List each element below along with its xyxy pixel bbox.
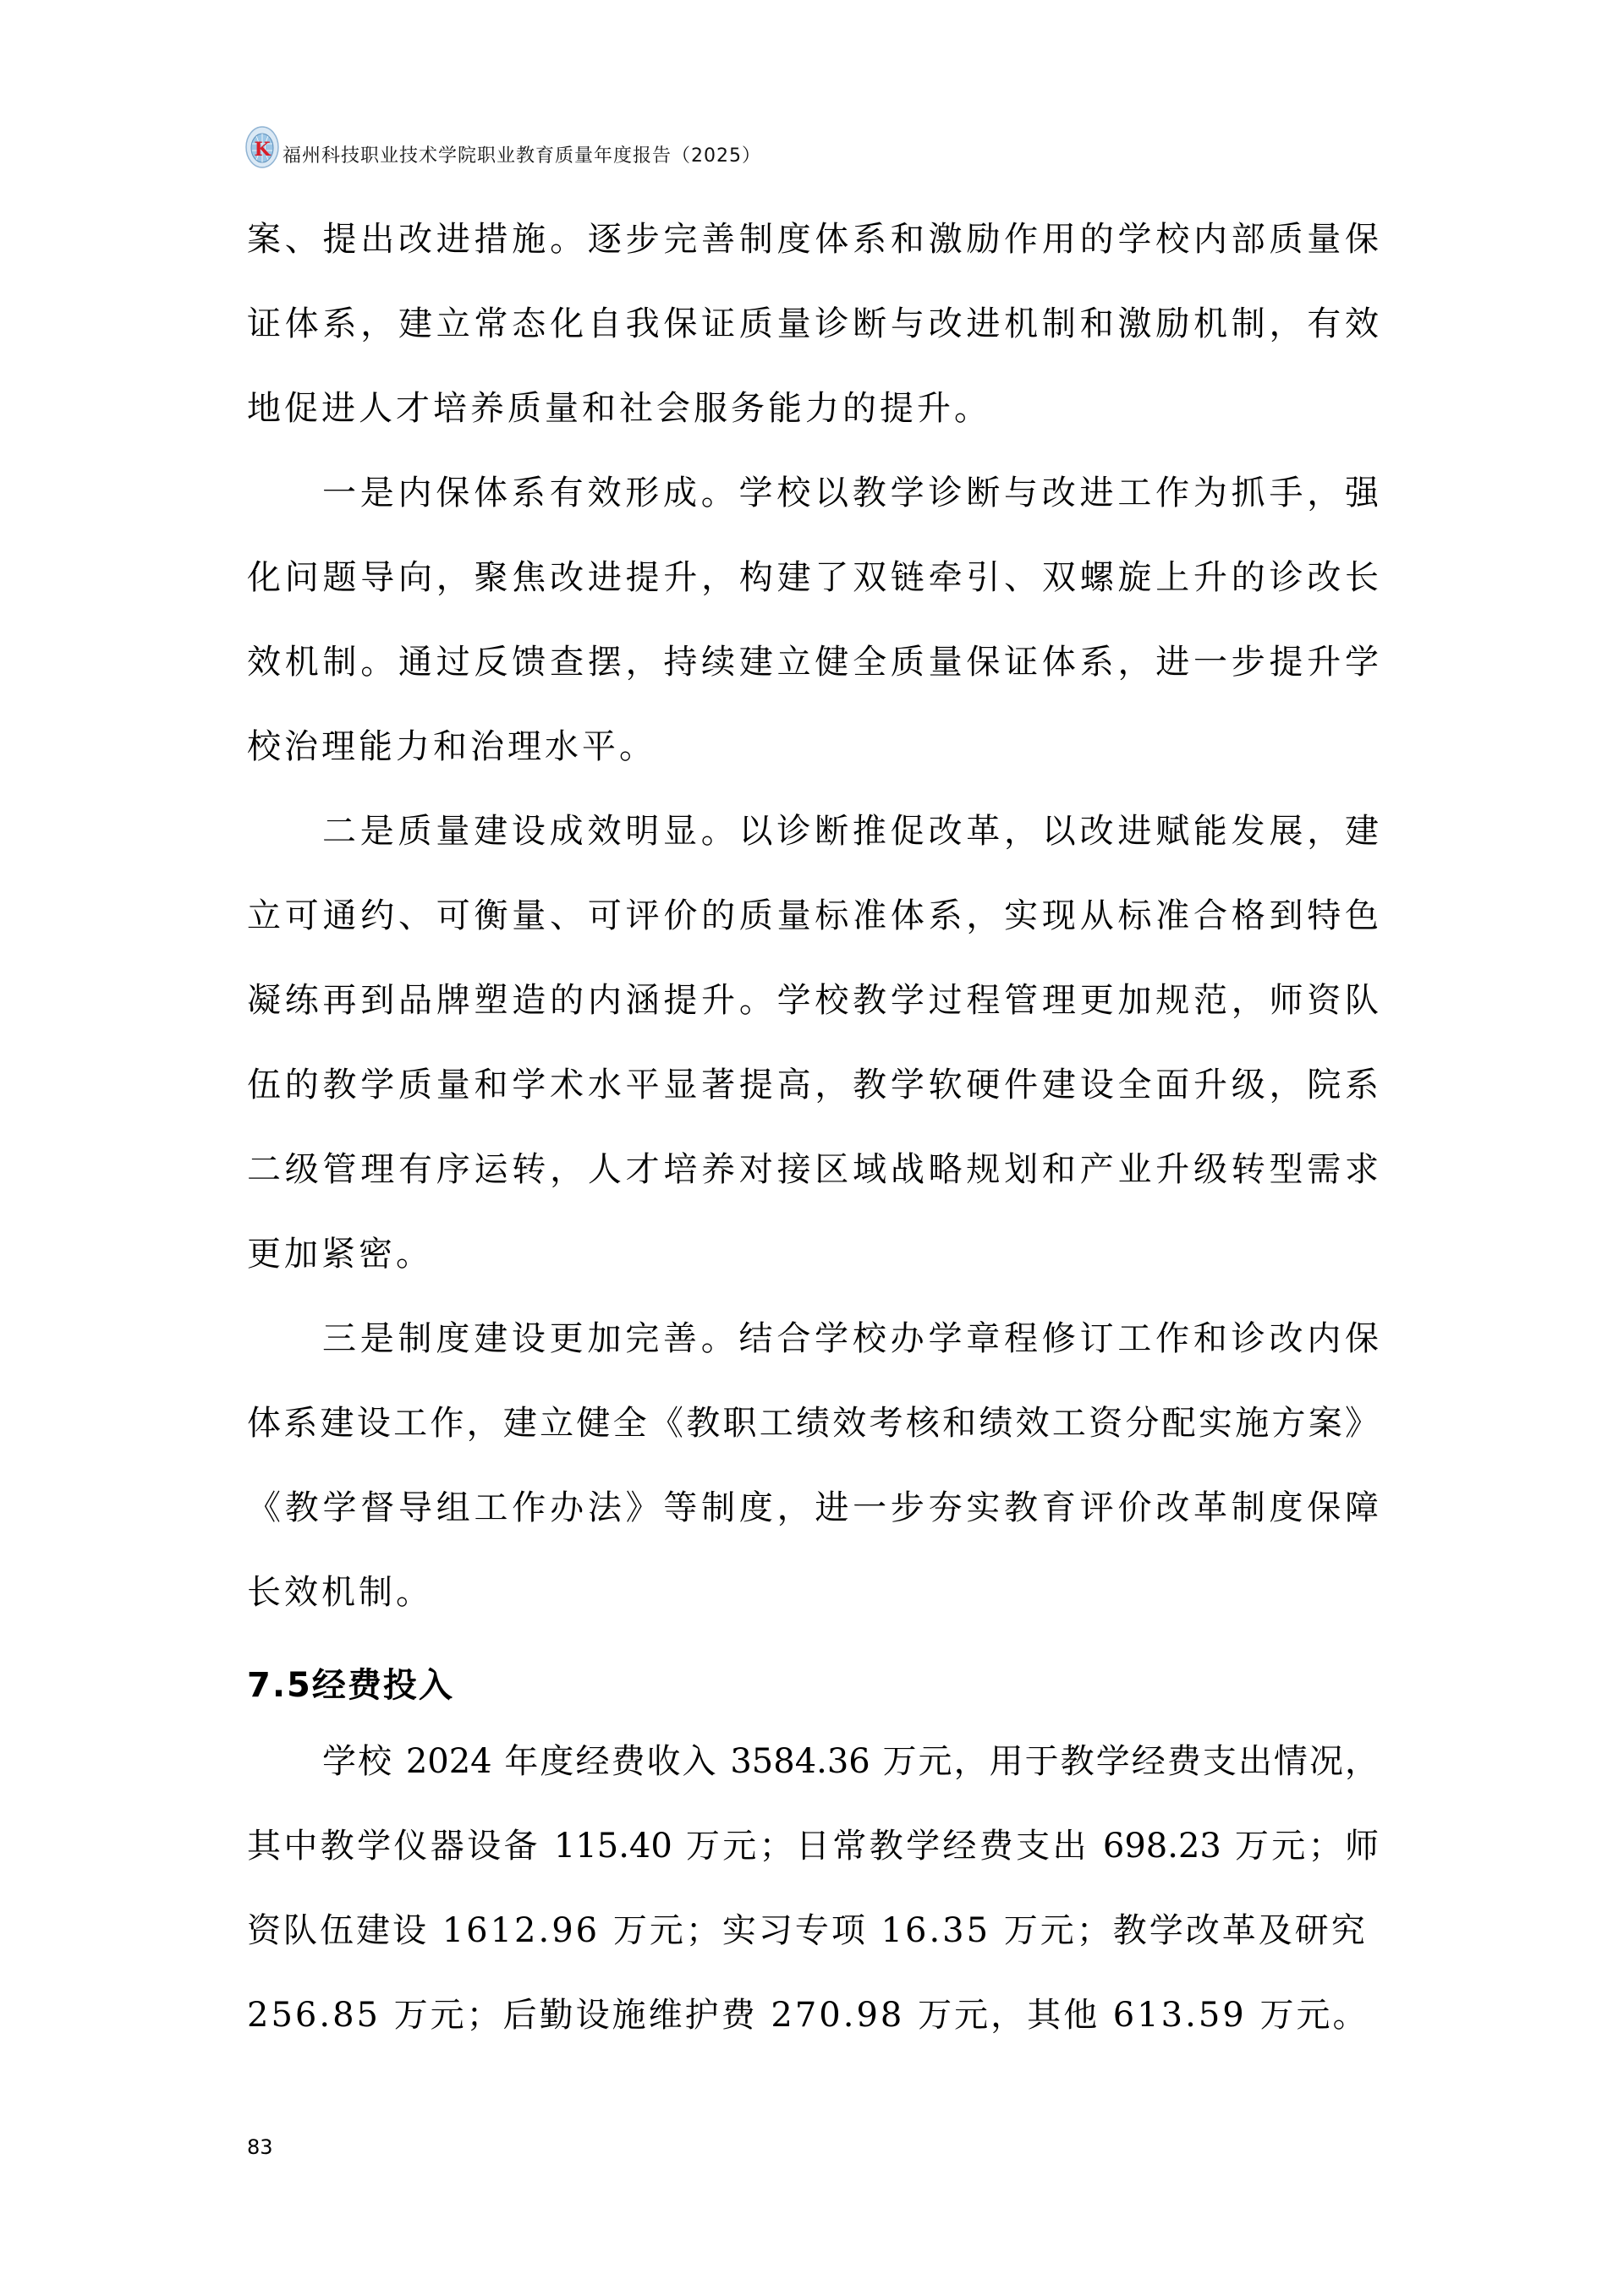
svg-text:K: K <box>254 139 271 161</box>
body-line: 地促进人才培养质量和社会服务能力的提升。 <box>247 387 1379 430</box>
body-line: 化问题导向，聚焦改进提升，构建了双链牵引、双螺旋上升的诊改长 <box>247 556 1379 599</box>
body-line: 校治理能力和治理水平。 <box>247 726 1379 768</box>
body-line: 更加紧密。 <box>247 1233 1379 1275</box>
paragraph-first-line: 三是制度建设更加完善。结合学校办学章程修订工作和诊改内保 <box>322 1318 1379 1360</box>
paragraph-first-line: 一是内保体系有效形成。学校以教学诊断与改进工作为抓手，强 <box>322 472 1379 514</box>
body-line: 伍的教学质量和学术水平显著提高，教学软硬件建设全面升级，院系 <box>247 1064 1379 1106</box>
body-line: 其中教学仪器设备 115.40 万元；日常教学经费支出 698.23 万元；师 <box>247 1825 1379 1867</box>
document-page: K 福州科技职业技术学院职业教育质量年度报告（2025） 案、提出改进措施。逐步… <box>0 0 1624 2296</box>
page-header: K 福州科技职业技术学院职业教育质量年度报告（2025） <box>245 118 761 169</box>
report-title: 福州科技职业技术学院职业教育质量年度报告（2025） <box>283 145 761 167</box>
body-line: 256.85 万元；后勤设施维护费 270.98 万元，其他 613.59 万元… <box>247 1994 1379 2036</box>
body-line: 长效机制。 <box>247 1571 1379 1614</box>
body-line: 资队伍建设 1612.96 万元；实习专项 16.35 万元；教学改革及研究 <box>247 1910 1379 1952</box>
paragraph-first-line: 二是质量建设成效明显。以诊断推促改革，以改进赋能发展，建 <box>322 810 1379 852</box>
body-line: 案、提出改进措施。逐步完善制度体系和激励作用的学校内部质量保 <box>247 218 1379 260</box>
school-logo-icon: K <box>245 125 279 169</box>
body-line: 二级管理有序运转，人才培养对接区域战略规划和产业升级转型需求 <box>247 1148 1379 1191</box>
paragraph-first-line: 学校 2024 年度经费收入 3584.36 万元，用于教学经费支出情况， <box>322 1740 1379 1783</box>
body-line: 效机制。通过反馈查摆，持续建立健全质量保证体系，进一步提升学 <box>247 641 1379 683</box>
body-line: 证体系，建立常态化自我保证质量诊断与改进机制和激励机制，有效 <box>247 303 1379 345</box>
body-line: 凝练再到品牌塑造的内涵提升。学校教学过程管理更加规范，师资队 <box>247 979 1379 1022</box>
page-number: 83 <box>247 2135 273 2159</box>
body-line: 体系建设工作，建立健全《教职工绩效考核和绩效工资分配实施方案》 <box>247 1402 1379 1444</box>
body-line: 《教学督导组工作办法》等制度，进一步夯实教育评价改革制度保障 <box>247 1487 1379 1529</box>
section-heading: 7.5经费投入 <box>247 1664 454 1707</box>
body-line: 立可通约、可衡量、可评价的质量标准体系，实现从标准合格到特色 <box>247 895 1379 937</box>
